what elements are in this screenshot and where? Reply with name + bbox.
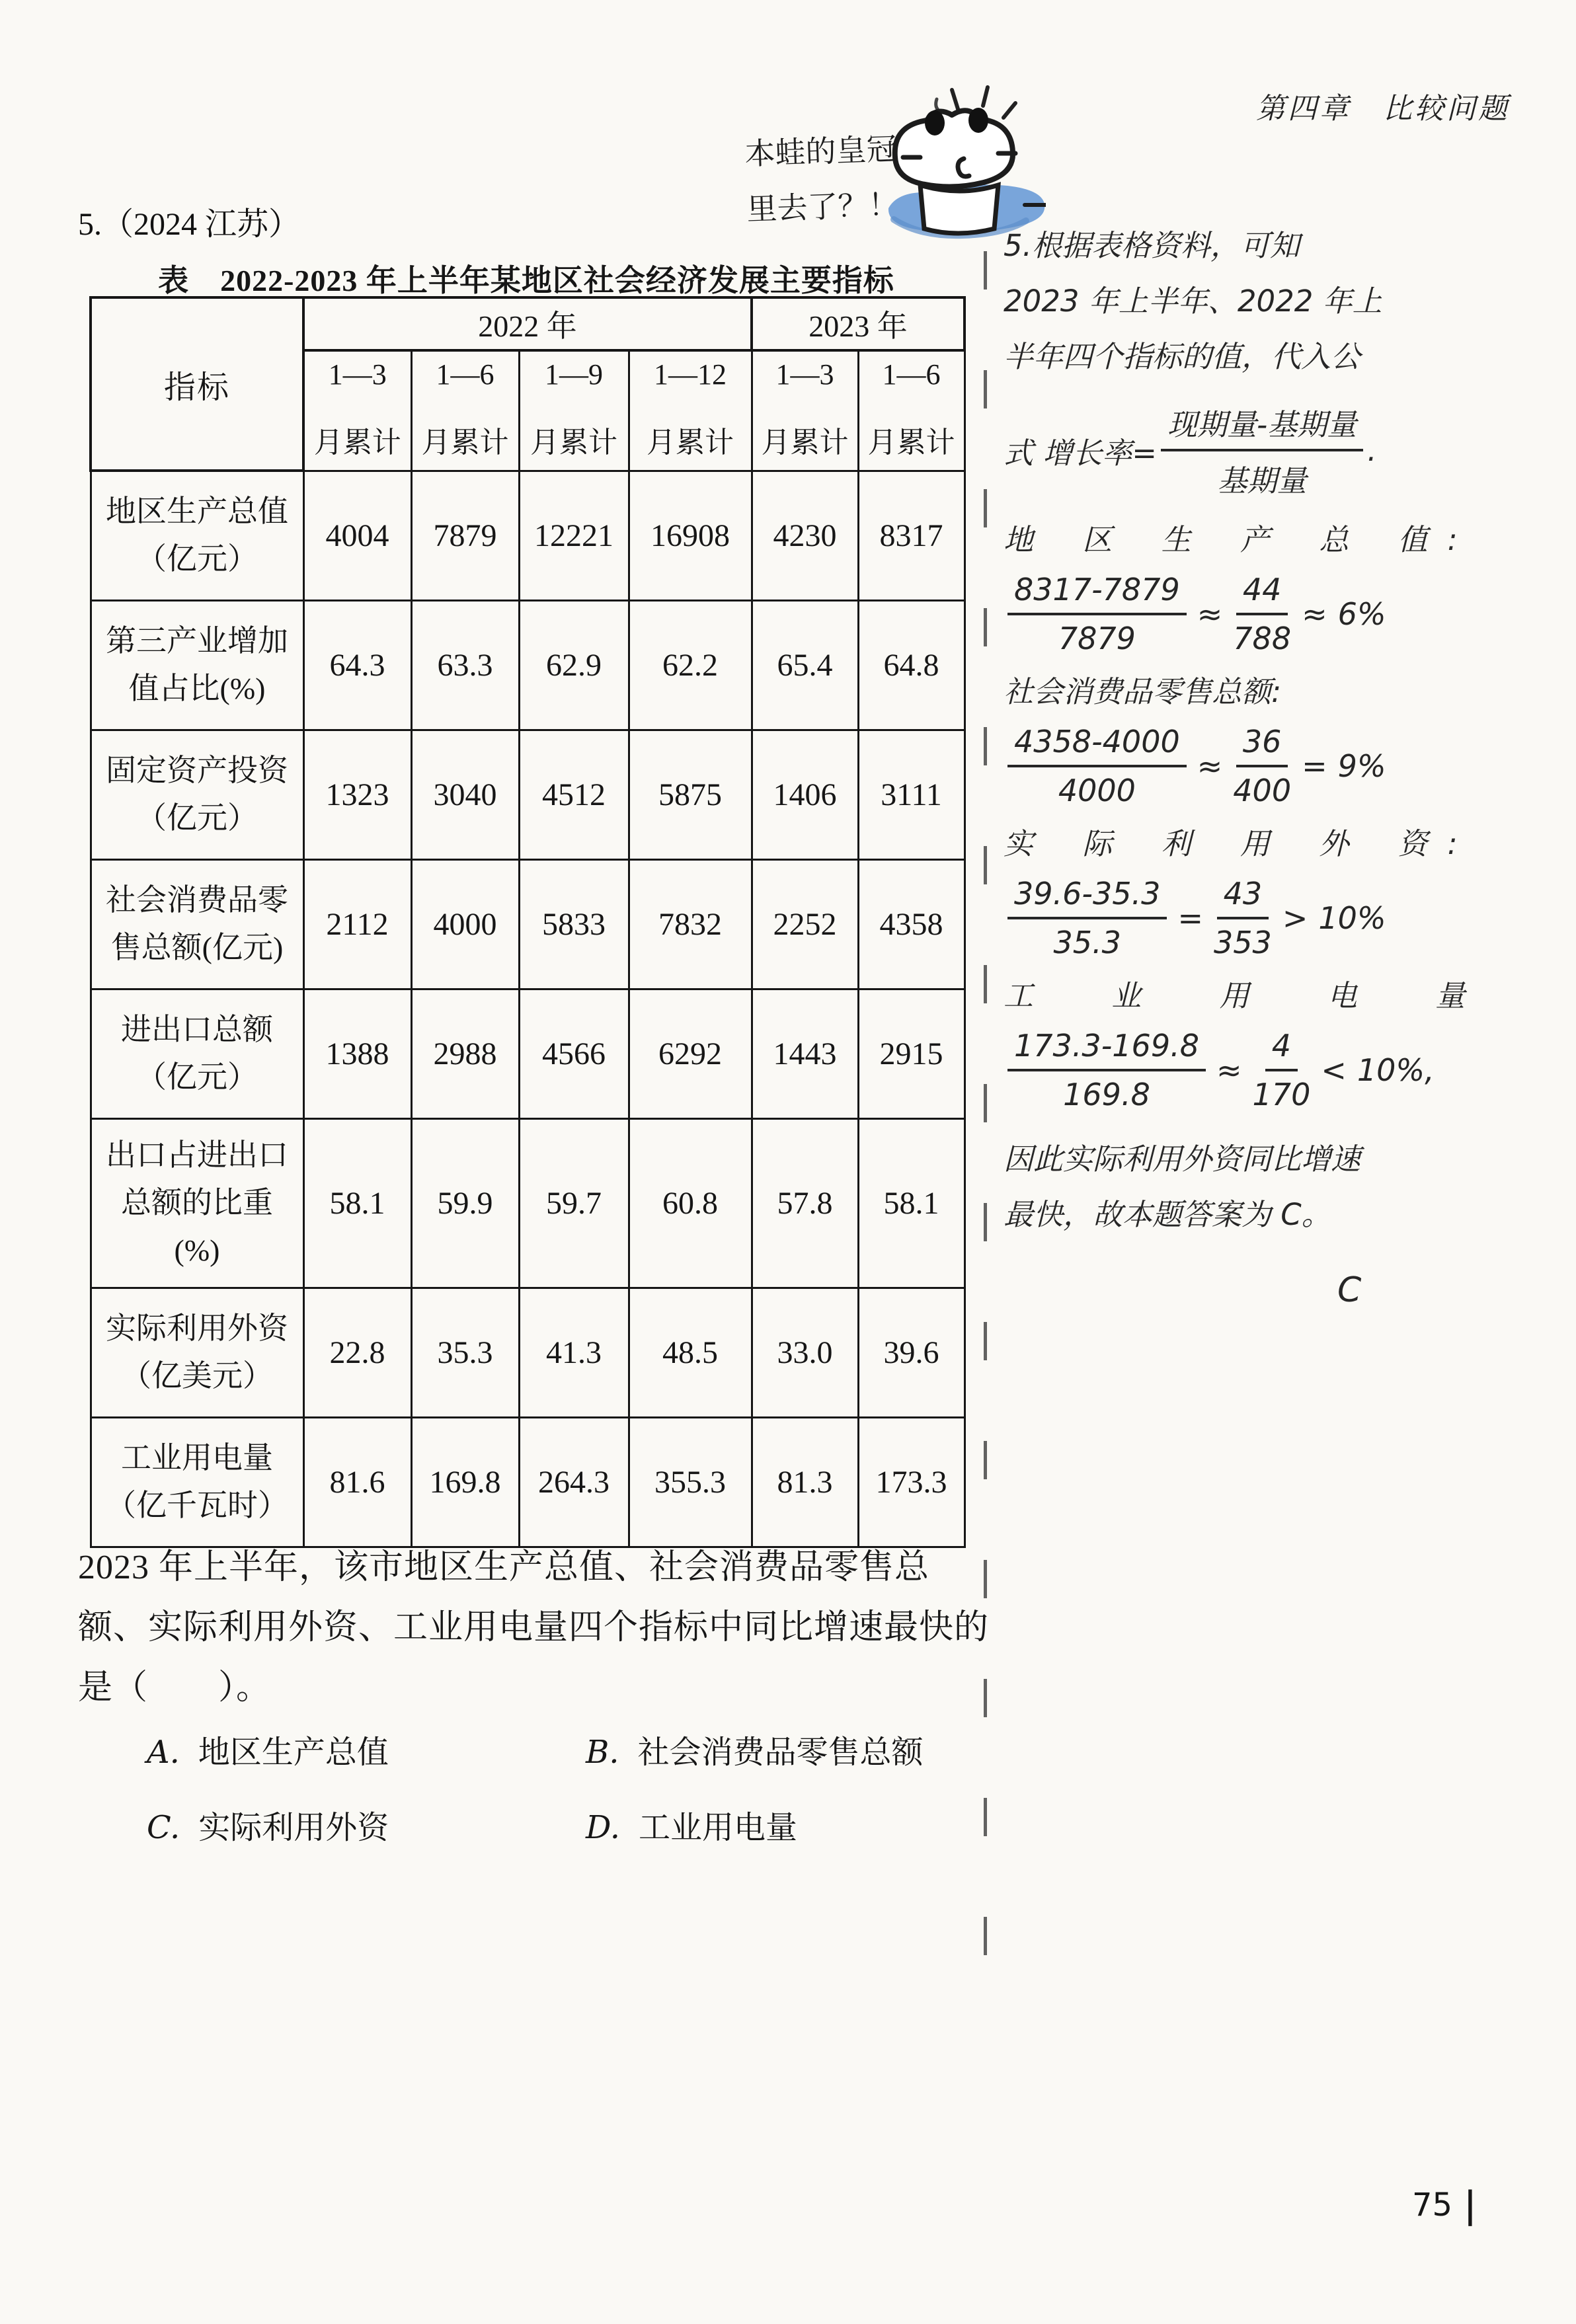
period-header-cell: 1—9月累计 (519, 350, 629, 471)
indicator-cell: 实际利用外资（亿美元） (91, 1288, 303, 1417)
value-cell: 2915 (858, 989, 965, 1118)
indicators-table: 指标 2022 年 2023 年 1—3月累计 1—6月累计 1—9月累计 1—… (89, 296, 966, 1548)
value-cell: 2112 (303, 859, 411, 989)
period-header-cell: 1—6月累计 (411, 350, 519, 471)
value-cell: 64.3 (303, 600, 411, 730)
value-cell: 59.9 (411, 1118, 519, 1288)
value-cell: 5833 (519, 859, 629, 989)
value-cell: 12221 (519, 471, 629, 600)
corner-header-cell: 指标 (91, 297, 303, 471)
value-cell: 3111 (858, 730, 965, 859)
indicator-cell: 第三产业增加值占比(%) (91, 600, 303, 730)
value-cell: 4566 (519, 989, 629, 1118)
stem-line: 额、实际利用外资、工业用电量四个指标中同比增速最快的 (78, 1598, 990, 1658)
fraction: 39.6-35.335.3 (1007, 876, 1167, 960)
table-row: 地区生产总值（亿元） 4004 7879 12221 16908 4230 83… (91, 471, 965, 600)
value-cell: 59.7 (519, 1118, 629, 1288)
value-cell: 4230 (752, 471, 858, 600)
indicator-cell: 社会消费品零售总额(亿元) (91, 859, 303, 989)
indicator-cell: 进出口总额（亿元） (91, 989, 303, 1118)
value-cell: 64.8 (858, 600, 965, 730)
notes-heading-foreign: 实 际 利 用 外 资: (1004, 824, 1572, 865)
table-row: 工业用电量（亿千瓦时） 81.6 169.8 264.3 355.3 81.3 … (91, 1417, 965, 1547)
textbook-page: 第四章 比较问题 本蛙的皇冠哪 里去了？！ (0, 0, 1576, 2324)
chapter-header: 第四章 比较问题 (1256, 85, 1510, 127)
value-cell: 57.8 (752, 1118, 858, 1288)
period-header-cell: 1—12月累计 (629, 350, 752, 471)
question-stem: 2023 年上半年，该市地区生产总值、社会消费品零售总 额、实际利用外资、工业用… (78, 1537, 990, 1718)
value-cell: 62.9 (519, 600, 629, 730)
option-c: C.实际利用外资 (147, 1802, 389, 1847)
stem-line: 2023 年上半年，该市地区生产总值、社会消费品零售总 (78, 1537, 990, 1598)
value-cell: 1443 (752, 989, 858, 1118)
fraction: 44788 (1233, 572, 1291, 656)
year-2022-header: 2022 年 (303, 297, 752, 350)
notes-heading-power: 工 业 用 电 量 (1004, 976, 1572, 1017)
option-a-text: 地区生产总值 (198, 1735, 389, 1770)
table-row: 出口占进出口总额的比重(%) 58.1 59.9 59.7 60.8 57.8 … (91, 1118, 965, 1288)
value-cell: 16908 (629, 471, 752, 600)
indicator-cell: 出口占进出口总额的比重(%) (91, 1118, 303, 1288)
value-cell: 65.4 (752, 600, 858, 730)
value-cell: 81.6 (303, 1417, 411, 1547)
value-cell: 81.3 (752, 1417, 858, 1547)
option-d-text: 工业用电量 (639, 1810, 797, 1845)
value-cell: 4000 (411, 859, 519, 989)
value-cell: 2252 (752, 859, 858, 989)
value-cell: 63.3 (411, 600, 519, 730)
solution-notes: 5.根据表格资料，可知 2023 年上半年、2022 年上 半年四个指标的值，代… (1004, 218, 1572, 1310)
option-c-label: C. (147, 1809, 180, 1846)
fraction: 36400 (1233, 724, 1291, 808)
value-cell: 1406 (752, 730, 858, 859)
value-cell: 39.6 (858, 1288, 965, 1417)
table-row: 第三产业增加值占比(%) 64.3 63.3 62.9 62.2 65.4 64… (91, 600, 965, 730)
value-cell: 35.3 (411, 1288, 519, 1417)
value-cell: 6292 (629, 989, 752, 1118)
fraction: 43353 (1214, 876, 1272, 960)
stem-line: 是（ ）。 (78, 1658, 990, 1718)
value-cell: 58.1 (303, 1118, 411, 1288)
indicator-cell: 固定资产投资（亿元） (91, 730, 303, 859)
table-row: 固定资产投资（亿元） 1323 3040 4512 5875 1406 3111 (91, 730, 965, 859)
option-c-text: 实际利用外资 (198, 1810, 389, 1845)
value-cell: 22.8 (303, 1288, 411, 1417)
value-cell: 1388 (303, 989, 411, 1118)
calc-gdp: 8317-78797879 ≈ 44788 ≈ 6% (1004, 571, 1572, 657)
table-row: 进出口总额（亿元） 1388 2988 4566 6292 1443 2915 (91, 989, 965, 1118)
value-cell: 7879 (411, 471, 519, 600)
table-title: 表 2022-2023 年上半年某地区社会经济发展主要指标 (89, 256, 963, 300)
value-cell: 4004 (303, 471, 411, 600)
table-row: 社会消费品零售总额(亿元) 2112 4000 5833 7832 2252 4… (91, 859, 965, 989)
value-cell: 4358 (858, 859, 965, 989)
fraction: 现期量-基期量 基期量 (1161, 401, 1363, 500)
value-cell: 62.2 (629, 600, 752, 730)
calc-retail: 4358-40004000 ≈ 36400 = 9% (1004, 723, 1572, 809)
value-cell: 2988 (411, 989, 519, 1118)
notes-line: 半年四个指标的值，代入公 (1004, 329, 1572, 385)
option-a-label: A. (147, 1734, 180, 1771)
table-row: 实际利用外资（亿美元） 22.8 35.3 41.3 48.5 33.0 39.… (91, 1288, 965, 1417)
period-header-cell: 1—6月累计 (858, 350, 965, 471)
option-d: D.工业用电量 (586, 1802, 797, 1847)
value-cell: 41.3 (519, 1288, 629, 1417)
answer-letter: C (1004, 1270, 1572, 1310)
value-cell: 169.8 (411, 1417, 519, 1547)
value-cell: 58.1 (858, 1118, 965, 1288)
fraction: 4170 (1253, 1028, 1311, 1112)
value-cell: 48.5 (629, 1288, 752, 1417)
indicator-cell: 地区生产总值（亿元） (91, 471, 303, 600)
calc-foreign-capital: 39.6-35.335.3 = 43353 > 10% (1004, 875, 1572, 961)
value-cell: 173.3 (858, 1417, 965, 1547)
fraction: 8317-78797879 (1007, 572, 1187, 656)
value-cell: 60.8 (629, 1118, 752, 1288)
calc-power: 173.3-169.8169.8 ≈ 4170 < 10% , (1004, 1027, 1572, 1113)
value-cell: 8317 (858, 471, 965, 600)
notes-line: 5.根据表格资料，可知 (1004, 218, 1572, 274)
question-number: 5.（2024 江苏） (78, 198, 300, 244)
notes-conclusion: 最快，故本题答案为 C。 (1004, 1187, 1572, 1243)
option-b-text: 社会消费品零售总额 (638, 1735, 924, 1770)
fraction: 173.3-169.8169.8 (1007, 1028, 1206, 1112)
indicator-cell: 工业用电量（亿千瓦时） (91, 1417, 303, 1547)
value-cell: 4512 (519, 730, 629, 859)
option-a: A.地区生产总值 (147, 1726, 389, 1772)
growth-rate-formula: 式 增长率= 现期量-基期量 基期量 . (1004, 394, 1572, 506)
notes-heading-gdp: 地 区 生 产 总 值: (1004, 520, 1572, 561)
value-cell: 7832 (629, 859, 752, 989)
year-2023-header: 2023 年 (752, 297, 965, 350)
option-b: B.社会消费品零售总额 (586, 1726, 924, 1772)
period-header-cell: 1—3月累计 (752, 350, 858, 471)
page-number: 75| (1412, 2187, 1476, 2224)
notes-conclusion: 因此实际利用外资同比增速 (1004, 1132, 1572, 1187)
options: A.地区生产总值 B.社会消费品零售总额 C.实际利用外资 D.工业用电量 (0, 1726, 978, 1877)
value-cell: 355.3 (629, 1417, 752, 1547)
value-cell: 3040 (411, 730, 519, 859)
value-cell: 264.3 (519, 1417, 629, 1547)
notes-heading-retail: 社会消费品零售总额: (1004, 672, 1572, 713)
value-cell: 5875 (629, 730, 752, 859)
value-cell: 33.0 (752, 1288, 858, 1417)
period-header-cell: 1—3月累计 (303, 350, 411, 471)
notes-line: 2023 年上半年、2022 年上 (1004, 274, 1572, 329)
option-b-label: B. (586, 1734, 619, 1771)
value-cell: 1323 (303, 730, 411, 859)
option-d-label: D. (586, 1809, 620, 1846)
fraction: 4358-40004000 (1007, 724, 1187, 808)
